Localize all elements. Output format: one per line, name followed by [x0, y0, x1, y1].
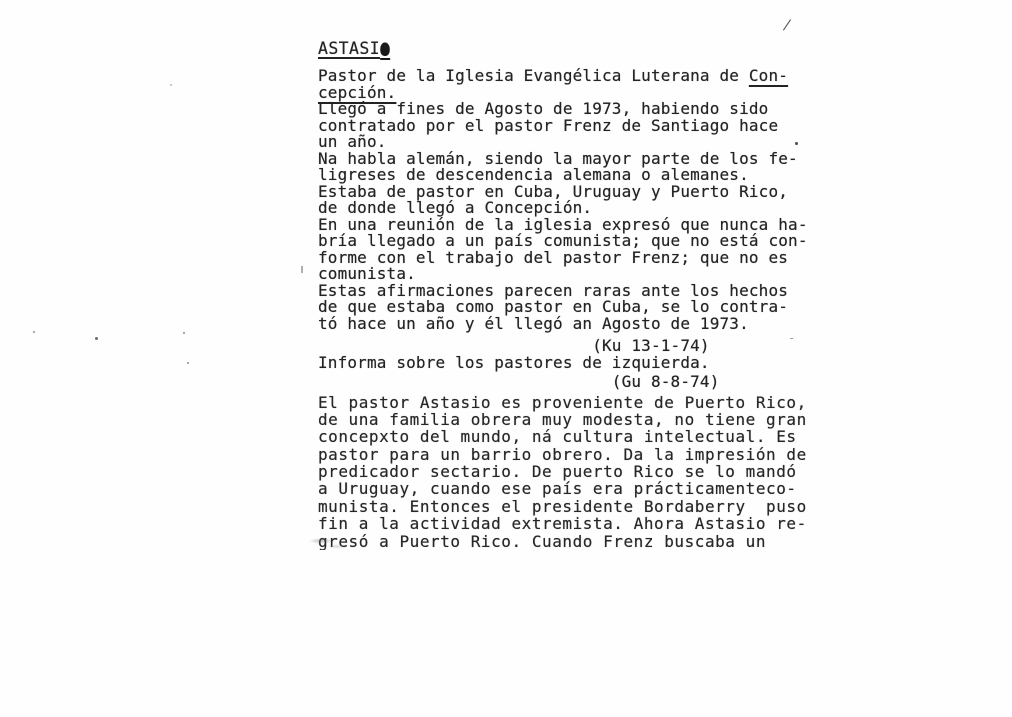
text-line: pastor para un barrio obrero. Da la impr…	[318, 446, 812, 463]
text-line: tó hace un año y él llegó an Agosto de 1…	[318, 316, 812, 333]
text-run: (Gu 8-8-74)	[318, 372, 720, 391]
text-line: concepxto del mundo, ná cultura intelect…	[318, 428, 812, 445]
text-run: de una familia obrera muy modesta, no ti…	[318, 410, 807, 429]
text-line: (Gu 8-8-74)	[318, 374, 812, 391]
text-run: a Uruguay, cuando ese país era prácticam…	[318, 479, 797, 498]
text-run: El pastor Astasio es proveniente de Puer…	[318, 393, 807, 412]
text-line: contratado por el pastor Frenz de Santia…	[318, 118, 812, 135]
scan-margin-dash: -	[788, 331, 795, 345]
text-line: de una familia obrera muy modesta, no ti…	[318, 411, 812, 428]
text-run: tó hace un año y él llegó an Agosto de 1…	[318, 314, 749, 333]
text-column: ASTASIO Pastor de la Iglesia Evangélica …	[318, 40, 812, 550]
text-run: concepxto del mundo, ná cultura intelect…	[318, 427, 797, 446]
scan-margin-tick	[301, 266, 303, 273]
overstruck-character: O	[380, 43, 390, 56]
scan-speck	[95, 337, 98, 340]
text-line: predicador sectario. De puerto Rico se l…	[318, 463, 812, 480]
scan-corner-mark: /	[781, 18, 798, 34]
text-run: Informa sobre los pastores de izquierda.	[318, 353, 710, 372]
text-run: munista. Entonces el presidente Bordaber…	[318, 497, 807, 516]
text-run: contratado por el pastor Frenz de Santia…	[318, 116, 778, 135]
text-line: gresó a Puerto Rico. Cuando Frenz buscab…	[318, 533, 812, 550]
text-line: fin a la actividad extremista. Ahora Ast…	[318, 515, 812, 532]
text-run: fin a la actividad extremista. Ahora Ast…	[318, 514, 807, 533]
document-body: Pastor de la Iglesia Evangélica Luterana…	[318, 68, 812, 550]
scan-speck	[187, 362, 189, 364]
text-line: Informa sobre los pastores de izquierda.	[318, 355, 812, 372]
scan-speck	[170, 84, 172, 86]
scan-speck	[183, 332, 185, 334]
scan-smudge	[308, 536, 352, 550]
text-line: El pastor Astasio es proveniente de Puer…	[318, 394, 812, 411]
scan-speck	[33, 331, 35, 333]
document-title-text: ASTASI	[318, 40, 380, 58]
text-line: a Uruguay, cuando ese país era prácticam…	[318, 480, 812, 497]
text-run: predicador sectario. De puerto Rico se l…	[318, 462, 797, 481]
scan-speck	[795, 142, 798, 145]
text-run: gresó a Puerto Rico. Cuando Frenz buscab…	[318, 532, 766, 550]
text-run: pastor para un barrio obrero. Da la impr…	[318, 445, 807, 464]
scanned-document-page: / ASTASIO Pastor de la Iglesia Evangélic…	[0, 0, 1012, 717]
underlined-text: Con-	[749, 66, 788, 85]
text-line: munista. Entonces el presidente Bordaber…	[318, 498, 812, 515]
document-title: ASTASIO	[318, 40, 812, 57]
